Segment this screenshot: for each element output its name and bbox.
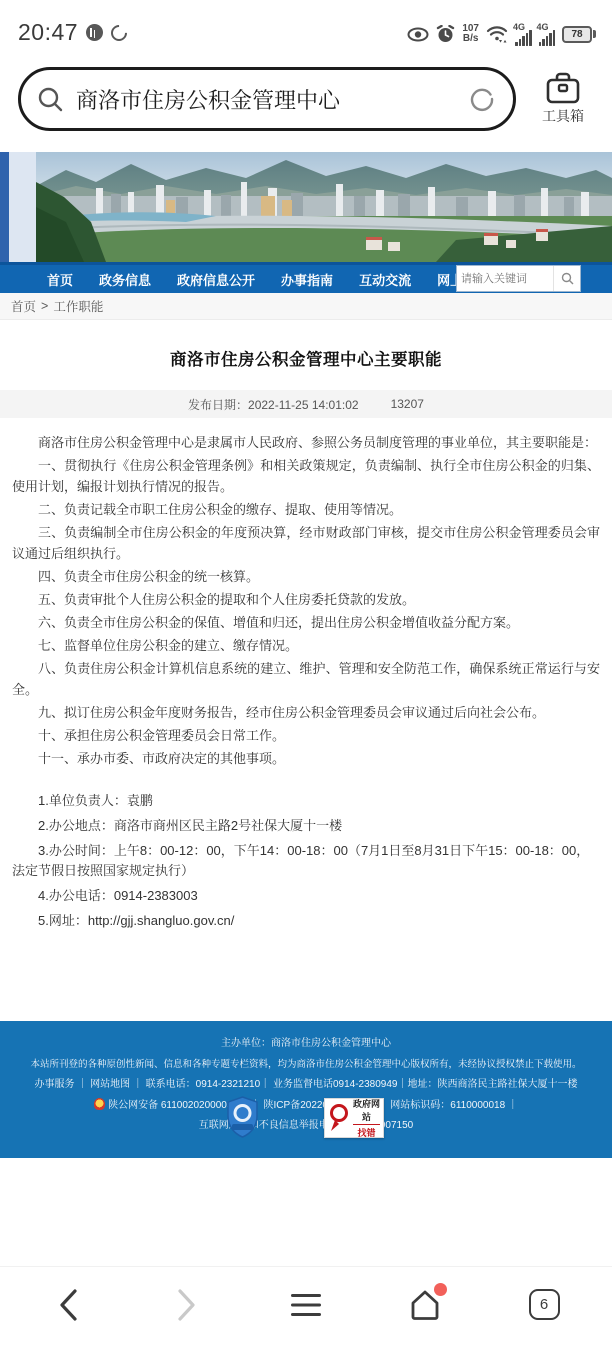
- tab-count: 6: [529, 1289, 560, 1320]
- browser-bar: 商洛市住房公积金管理中心 工具箱: [0, 52, 612, 146]
- network-speed-unit: B/s: [463, 33, 479, 44]
- contact-person: 1.单位负责人：袁鹏: [12, 791, 600, 811]
- footer-copyright: 本站所刊登的各种原创性新闻、信息和各种专题专栏资料，均为商洛市住房公积金管理中心…: [0, 1055, 612, 1076]
- red-magnifier-icon: [328, 1103, 350, 1133]
- battery-percent: 78: [562, 26, 592, 43]
- banner-left-strip: [0, 152, 9, 262]
- site-footer: 主办单位：商洛市住房公积金管理中心 本站所刊登的各种原创性新闻、信息和各种专题专…: [0, 1021, 612, 1158]
- site-search-button[interactable]: [553, 266, 580, 291]
- notification-dot: [434, 1283, 447, 1296]
- security-shield-badge-icon[interactable]: [226, 1096, 259, 1138]
- paragraph: 十一、承办市委、市政府决定的其他事项。: [12, 748, 600, 769]
- toolbox-label: 工具箱: [542, 106, 584, 126]
- article-body: 商洛市住房公积金管理中心是隶属市人民政府、参照公务员制度管理的事业单位，其主要职…: [12, 432, 600, 769]
- phone-screen: 20:47 107 B/s 4G 4G: [0, 0, 612, 1350]
- toolbox-icon: [545, 72, 581, 105]
- office-hours: 3.办公时间：上午8：00-12：00，下午14：00-18：00（7月1日至8…: [12, 841, 600, 881]
- nav-item-gov-info[interactable]: 政务信息: [86, 270, 164, 289]
- tabs-button[interactable]: 6: [516, 1277, 572, 1333]
- paragraph: 三、负责编制全市住房公积金的年度预决算，经市财政部门审核，提交市住房公积金管理委…: [12, 522, 600, 564]
- search-icon: [561, 272, 574, 285]
- paragraph: 十、承担住房公积金管理委员会日常工作。: [12, 725, 600, 746]
- browser-bottom-nav: 6: [0, 1266, 612, 1350]
- nav-item-service-guide[interactable]: 办事指南: [268, 270, 346, 289]
- paragraph: 商洛市住房公积金管理中心是隶属市人民政府、参照公务员制度管理的事业单位，其主要职…: [12, 432, 600, 453]
- breadcrumb: 首页 > 工作职能: [0, 293, 612, 320]
- contact-info: 1.单位负责人：袁鹏 2.办公地点：商洛市商州区民主路2号社保大厦十一楼 3.办…: [12, 791, 600, 931]
- gov-badge-line2: 找错: [353, 1126, 380, 1139]
- network-speed-indicator: 107 B/s: [462, 24, 479, 44]
- nav-item-info-disclosure[interactable]: 政府信息公开: [164, 270, 268, 289]
- sync-icon: [108, 21, 131, 44]
- forward-button[interactable]: [159, 1277, 215, 1333]
- footer-links[interactable]: 办事服务 ｜ 网站地图 ｜ 联系电话：0914-2321210｜ 业务监督电话0…: [0, 1075, 612, 1096]
- network-type-sim1: 4G: [513, 22, 525, 32]
- network-type-sim2: 4G: [537, 22, 549, 32]
- toolbox-button[interactable]: 工具箱: [530, 72, 596, 126]
- paragraph: 二、负责记载全市职工住房公积金的缴存、提取、使用等情况。: [12, 499, 600, 520]
- menu-button[interactable]: [278, 1277, 334, 1333]
- breadcrumb-current: 工作职能: [53, 297, 103, 315]
- paragraph: 四、负责全市住房公积金的统一核算。: [12, 566, 600, 587]
- sound-profile-icon: [86, 24, 103, 41]
- site-search-box: [456, 265, 581, 292]
- nav-item-interaction[interactable]: 互动交流: [346, 270, 424, 289]
- footer-beian-text: 陕公网安备 61100202000030号 ｜ 陕ICP备2022000187号…: [108, 1100, 518, 1111]
- site-nav: 首页 政务信息 政府信息公开 办事指南 互动交流 网上业务大厅: [0, 262, 612, 293]
- back-button[interactable]: [40, 1277, 96, 1333]
- alarm-clock-icon: [436, 25, 455, 43]
- forward-chevron-icon: [176, 1288, 198, 1322]
- footer-organizer: 主办单位：商洛市住房公积金管理中心: [0, 1034, 612, 1055]
- paragraph: 九、拟订住房公积金年度财务报告，经市住房公积金管理委员会审议通过后向社会公布。: [12, 702, 600, 723]
- gov-site-error-report-badge[interactable]: 政府网站 找错: [324, 1098, 384, 1138]
- home-button[interactable]: [397, 1277, 453, 1333]
- breadcrumb-home[interactable]: 首页: [11, 297, 36, 315]
- banner-left-gutter: [9, 152, 36, 262]
- nav-item-home[interactable]: 首页: [34, 270, 86, 289]
- paragraph: 八、负责住房公积金计算机信息系统的建立、维护、管理和安全防范工作，确保系统正常运…: [12, 658, 600, 700]
- refresh-icon[interactable]: [469, 86, 495, 112]
- wifi-icon: [486, 26, 508, 43]
- footer-beian[interactable]: 陕公网安备 61100202000030号 ｜ 陕ICP备2022000187号…: [0, 1096, 612, 1117]
- site-search-input[interactable]: [457, 266, 553, 291]
- breadcrumb-separator: >: [41, 299, 48, 313]
- office-address: 2.办公地点：商洛市商州区民主路2号社保大厦十一楼: [12, 816, 600, 836]
- national-emblem-icon: [94, 1098, 105, 1110]
- city-panorama-image: [36, 152, 612, 262]
- article: 商洛市住房公积金管理中心主要职能 发布日期：2022-11-25 14:01:0…: [0, 346, 612, 931]
- article-meta: 发布日期：2022-11-25 14:01:02 13207: [0, 390, 612, 418]
- paragraph: 五、负责审批个人住房公积金的提取和个人住房委托贷款的发放。: [12, 589, 600, 610]
- address-text[interactable]: 商洛市住房公积金管理中心: [76, 84, 457, 115]
- battery-icon: 78: [562, 26, 596, 43]
- paragraph: 七、监督单位住房公积金的建立、缴存情况。: [12, 635, 600, 656]
- eye-protection-icon: [407, 27, 429, 42]
- search-icon: [37, 86, 64, 113]
- signal-bars-sim1: 4G: [515, 22, 532, 46]
- website-url: 5.网址：http://gjj.shangluo.gov.cn/: [12, 911, 600, 931]
- hamburger-menu-icon: [289, 1291, 323, 1319]
- office-phone: 4.办公电话：0914-2383003: [12, 886, 600, 906]
- site-banner: [0, 152, 612, 262]
- paragraph: 一、贯彻执行《住房公积金管理条例》和相关政策规定，负责编制、执行全市住房公积金的…: [12, 455, 600, 497]
- view-count: 13207: [391, 397, 424, 411]
- gov-badge-line1: 政府网站: [353, 1097, 380, 1125]
- footer-report: 互联网违法和不良信息举报电话：0914-3907150: [0, 1116, 612, 1137]
- publish-date: 发布日期：2022-11-25 14:01:02: [188, 396, 359, 413]
- back-chevron-icon: [57, 1288, 79, 1322]
- status-bar: 20:47 107 B/s 4G 4G: [0, 0, 612, 52]
- clock-time: 20:47: [18, 19, 78, 46]
- address-bar[interactable]: 商洛市住房公积金管理中心: [18, 67, 516, 131]
- signal-bars-sim2: 4G: [539, 22, 556, 46]
- paragraph: 六、负责全市住房公积金的保值、增值和归还，提出住房公积金增值收益分配方案。: [12, 612, 600, 633]
- page-title: 商洛市住房公积金管理中心主要职能: [12, 346, 600, 370]
